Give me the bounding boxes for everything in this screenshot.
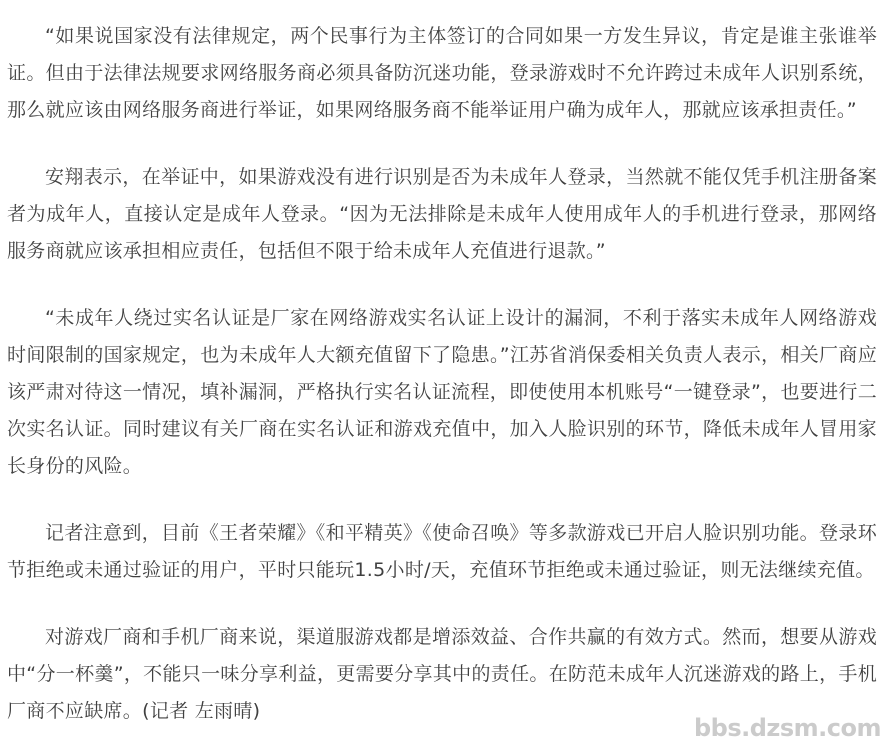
site-watermark: bbs.dzsm.com bbox=[694, 714, 881, 742]
article-paragraph-1: “如果说国家没有法律规定，两个民事行为主体签订的合同如果一方发生异议，肯定是谁主… bbox=[7, 18, 877, 129]
article-body: “如果说国家没有法律规定，两个民事行为主体签订的合同如果一方发生异议，肯定是谁主… bbox=[0, 0, 884, 730]
article-paragraph-3: “未成年人绕过实名认证是厂家在网络游戏实名认证上设计的漏洞，不利于落实未成年人网… bbox=[7, 300, 877, 485]
article-paragraph-4: 记者注意到，目前《王者荣耀》《和平精英》《使命召唤》等多款游戏已开启人脸识别功能… bbox=[7, 515, 877, 589]
article-page: “如果说国家没有法律规定，两个民事行为主体签订的合同如果一方发生异议，肯定是谁主… bbox=[0, 0, 884, 746]
article-paragraph-2: 安翔表示，在举证中，如果游戏没有进行识别是否为未成年人登录，当然就不能仅凭手机注… bbox=[7, 159, 877, 270]
